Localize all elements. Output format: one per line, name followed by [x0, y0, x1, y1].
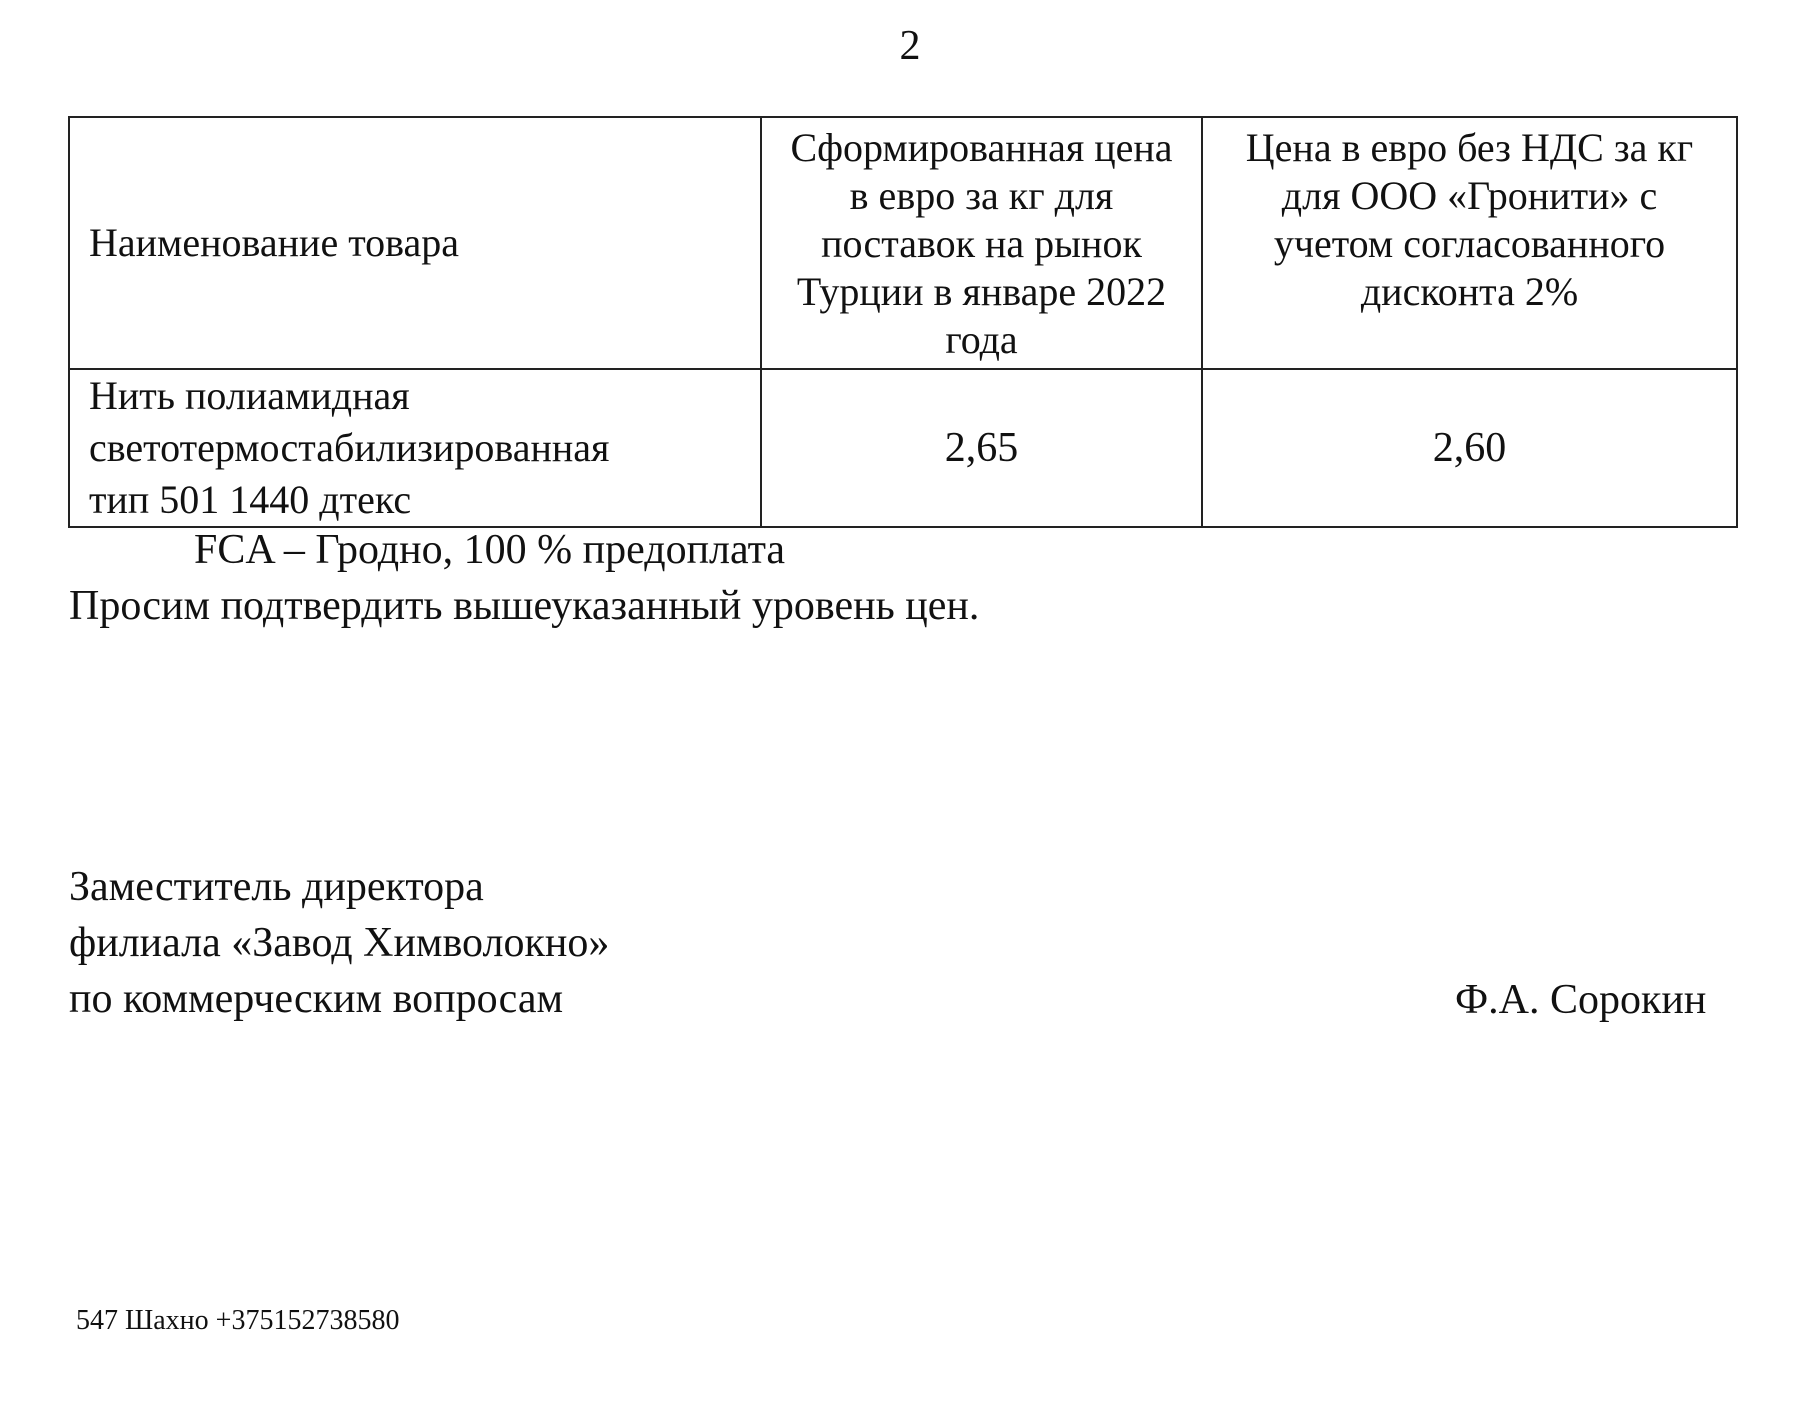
header-product-name-text: Наименование товара — [89, 219, 760, 267]
header-formed-line: поставок на рынок — [762, 220, 1201, 268]
signatory-title-line: филиала «Завод Химволокно» — [69, 915, 609, 971]
signatory-title-line: по коммерческим вопросам — [69, 971, 609, 1027]
header-discount-price: Цена в евро без НДС за кг для ООО «Грони… — [1202, 117, 1737, 369]
signatory-name: Ф.А. Сорокин — [1455, 972, 1706, 1028]
header-formed-line: года — [762, 316, 1201, 364]
header-formed-line: Сформированная цена — [762, 124, 1201, 172]
signatory-title: Заместитель директора филиала «Завод Хим… — [69, 859, 609, 1027]
header-formed-line: в евро за кг для — [762, 172, 1201, 220]
table-row: Нить полиамидная светотермостабилизирова… — [69, 369, 1737, 527]
price-table: Наименование товара Сформированная цена … — [68, 116, 1738, 528]
footer-contact: 547 Шахно +375152738580 — [76, 1303, 399, 1339]
formed-price-value: 2,65 — [945, 425, 1019, 471]
confirmation-request: Просим подтвердить вышеуказанный уровень… — [69, 580, 979, 632]
formed-price-cell: 2,65 — [761, 369, 1202, 527]
product-name-line: светотермостабилизированная — [89, 422, 760, 474]
header-product-name: Наименование товара — [69, 117, 761, 369]
header-discount-line: для ООО «Гронити» с — [1203, 172, 1736, 220]
header-formed-price: Сформированная цена в евро за кг для пос… — [761, 117, 1202, 369]
product-name-cell: Нить полиамидная светотермостабилизирова… — [69, 369, 761, 527]
discount-price-value: 2,60 — [1433, 425, 1507, 471]
page-number: 2 — [0, 22, 1800, 70]
signatory-title-line: Заместитель директора — [69, 859, 609, 915]
table-header-row: Наименование товара Сформированная цена … — [69, 117, 1737, 369]
delivery-terms: FCA – Гродно, 100 % предоплата — [194, 524, 785, 576]
header-discount-line: учетом согласованного — [1203, 220, 1736, 268]
header-formed-line: Турции в январе 2022 — [762, 268, 1201, 316]
discount-price-cell: 2,60 — [1202, 369, 1737, 527]
header-discount-line: Цена в евро без НДС за кг — [1203, 124, 1736, 172]
header-discount-line: дисконта 2% — [1203, 268, 1736, 316]
product-name-line: Нить полиамидная — [89, 370, 760, 422]
product-name-line: тип 501 1440 дтекс — [89, 474, 760, 526]
